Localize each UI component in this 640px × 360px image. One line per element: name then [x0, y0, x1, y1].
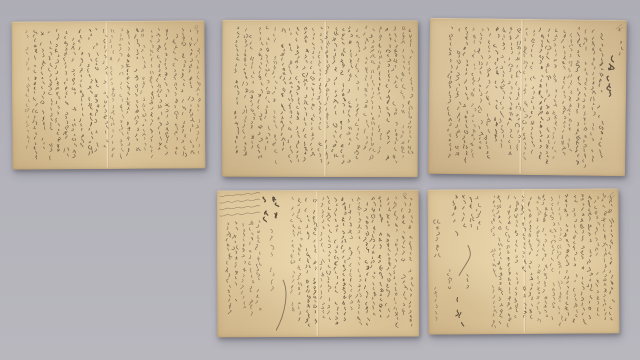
manuscript-photo-scene	[0, 0, 640, 360]
handwriting-ink-layer	[427, 188, 619, 334]
handwriting-ink-layer	[222, 20, 418, 178]
manuscript-sheet-5-bottom-right	[427, 188, 619, 334]
handwriting-ink-layer	[217, 190, 420, 338]
handwriting-ink-layer	[428, 18, 627, 176]
manuscript-sheet-4-bottom-left	[217, 190, 420, 338]
manuscript-sheet-1-top-left	[11, 20, 205, 169]
manuscript-sheet-3-top-right	[428, 18, 627, 176]
handwriting-ink-layer	[11, 20, 205, 169]
manuscript-sheet-2-top-middle	[222, 20, 418, 178]
